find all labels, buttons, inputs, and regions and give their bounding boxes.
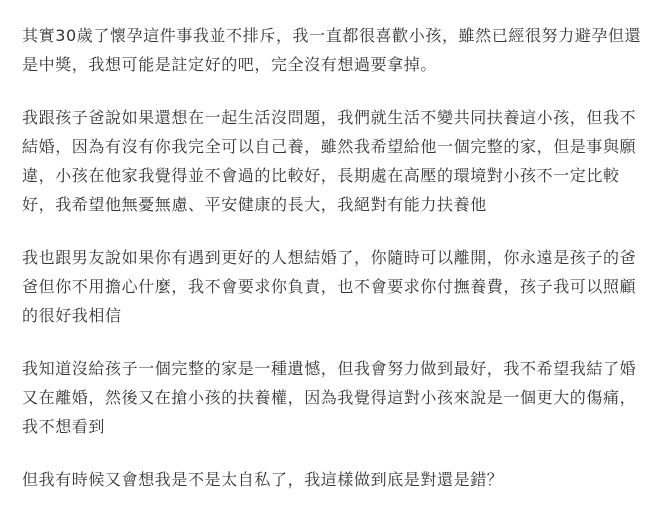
paragraph-2: 我跟孩子爸說如果還想在一起生活沒問題，我們就生活不變共同扶養這小孩，但我不 結婚… — [22, 103, 634, 219]
paragraph-line: 好，我希望他無憂無慮、平安健康的長大，我絕對有能力扶養他 — [22, 190, 634, 219]
paragraph-line: 我不想看到 — [22, 412, 634, 441]
paragraph-line: 我跟孩子爸說如果還想在一起生活沒問題，我們就生活不變共同扶養這小孩，但我不 — [22, 103, 634, 132]
paragraph-line: 的很好我相信 — [22, 301, 634, 330]
paragraph-line: 但我有時候又會想我是不是太自私了，我這樣做到底是對還是錯？ — [22, 465, 634, 494]
paragraph-line: 又在離婚，然後又在搶小孩的扶養權，因為我覺得這對小孩來說是一個更大的傷痛， — [22, 383, 634, 412]
paragraph-line: 結婚，因為有沒有你我完全可以自己養，雖然我希望給他一個完整的家，但是事與願 — [22, 132, 634, 161]
paragraph-line: 我知道沒給孩子一個完整的家是一種遺憾，但我會努力做到最好，我不希望我結了婚 — [22, 354, 634, 383]
paragraph-line: 其實30歲了懷孕這件事我並不排斥，我一直都很喜歡小孩，雖然已經很努力避孕但還 — [22, 21, 634, 50]
paragraph-4: 我知道沒給孩子一個完整的家是一種遺憾，但我會努力做到最好，我不希望我結了婚 又在… — [22, 354, 634, 441]
paragraph-line: 是中獎，我想可能是註定好的吧，完全沒有想過要拿掉。 — [22, 50, 634, 79]
article-body: 其實30歲了懷孕這件事我並不排斥，我一直都很喜歡小孩，雖然已經很努力避孕但還 是… — [0, 0, 634, 494]
paragraph-3: 我也跟男友說如果你有遇到更好的人想結婚了，你隨時可以離開，你永遠是孩子的爸 爸但… — [22, 243, 634, 330]
paragraph-1: 其實30歲了懷孕這件事我並不排斥，我一直都很喜歡小孩，雖然已經很努力避孕但還 是… — [22, 21, 634, 79]
paragraph-line: 我也跟男友說如果你有遇到更好的人想結婚了，你隨時可以離開，你永遠是孩子的爸 — [22, 243, 634, 272]
paragraph-5: 但我有時候又會想我是不是太自私了，我這樣做到底是對還是錯？ — [22, 465, 634, 494]
paragraph-line: 爸但你不用擔心什麼，我不會要求你負責，也不會要求你付撫養費，孩子我可以照顧 — [22, 272, 634, 301]
paragraph-line: 違，小孩在他家我覺得並不會過的比較好，長期處在高壓的環境對小孩不一定比較 — [22, 161, 634, 190]
